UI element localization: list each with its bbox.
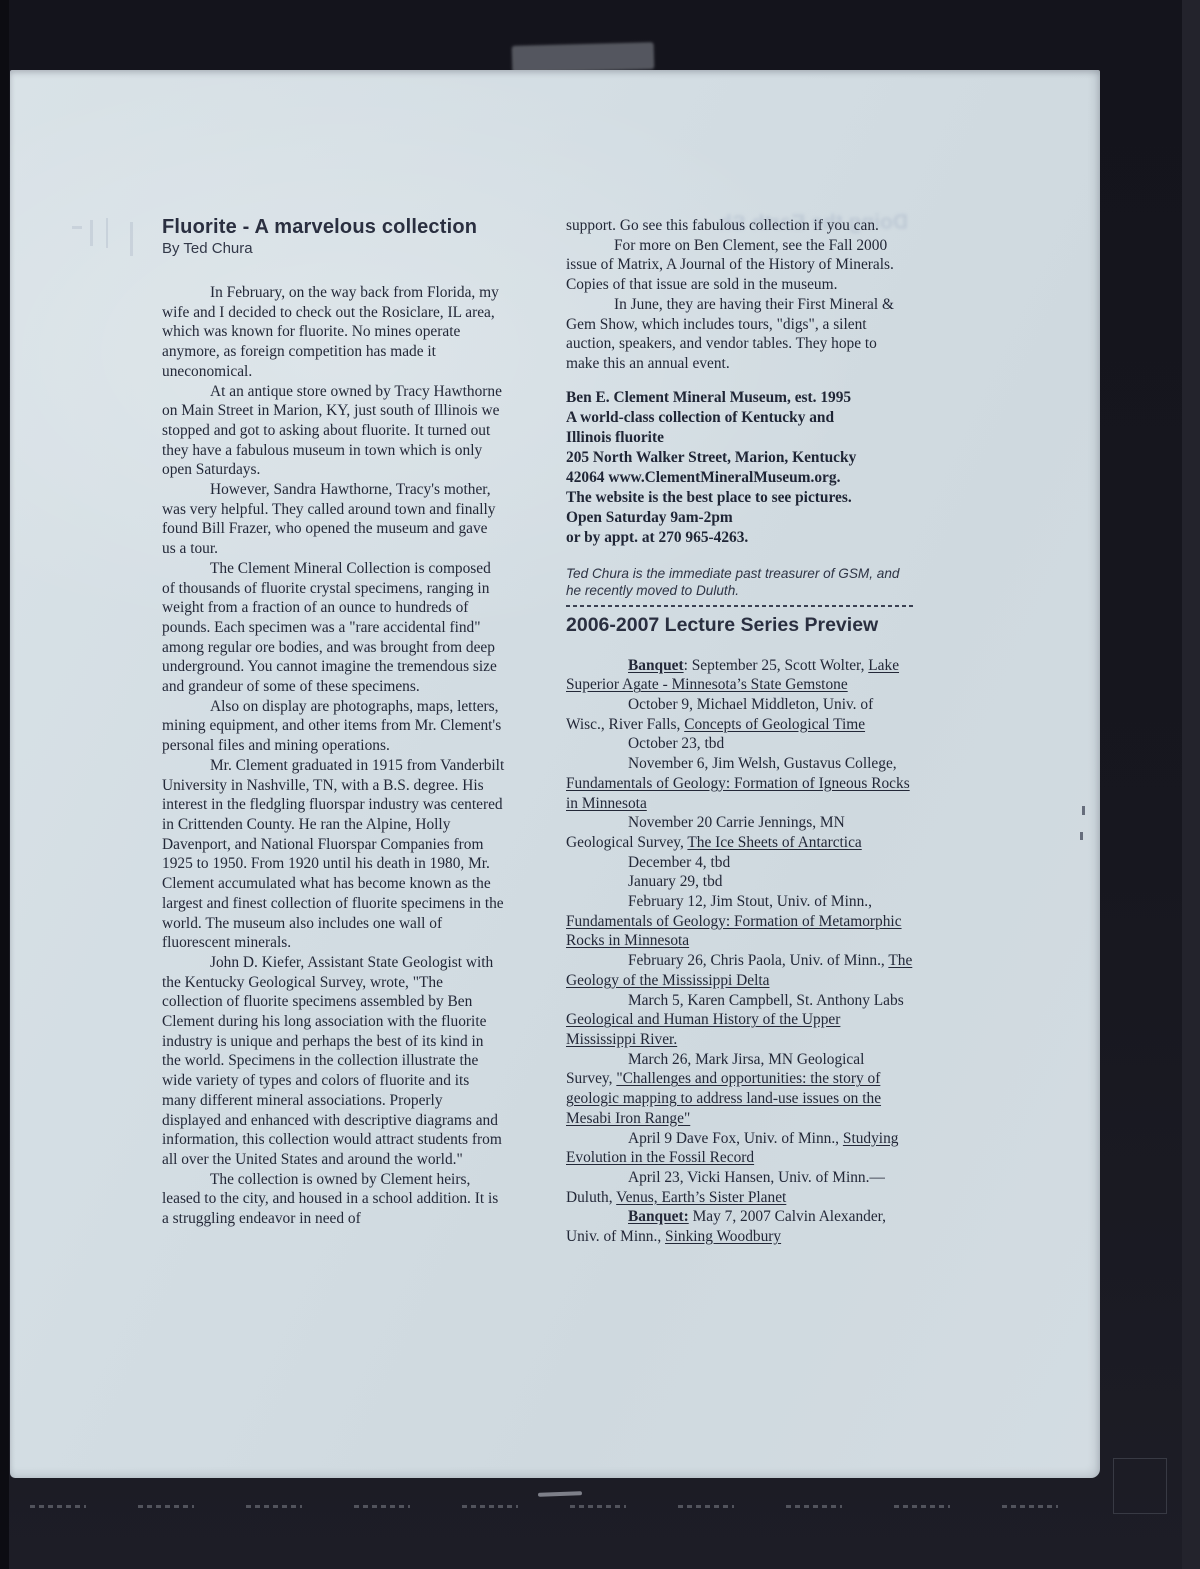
scanner-edge-right (1182, 0, 1200, 1569)
paragraph: The Clement Mineral Collection is compos… (162, 559, 505, 697)
dashed-separator (566, 604, 913, 607)
scanned-newsletter-page: { "page": { "paper_color": "#d3dde3", "s… (0, 0, 1200, 1569)
entry-lecture-title: Venus, Earth’s Sister Planet (616, 1189, 786, 1206)
paragraph: support. Go see this fabulous collection… (566, 216, 913, 236)
lecture-entry: April 9 Dave Fox, Univ. of Minn., Studyi… (566, 1129, 913, 1168)
entry-text: January 29, tbd (628, 873, 722, 890)
lecture-entry: Banquet: September 25, Scott Wolter, Lak… (566, 656, 913, 695)
entry-lecture-title: Banquet: (628, 1208, 689, 1225)
article-title: Fluorite - A marvelous collection (162, 216, 505, 239)
article-byline: By Ted Chura (162, 239, 505, 258)
page-paper: Doing the Earth Sh Fluorite - A marvelou… (10, 70, 1100, 1478)
entry-lecture-title: Geological and Human History of the Uppe… (566, 1011, 840, 1048)
entry-text: November 6, Jim Welsh, Gustavus College, (628, 755, 897, 772)
paragraph: However, Sandra Hawthorne, Tracy's mothe… (162, 480, 505, 559)
lecture-entry: March 26, Mark Jirsa, MN Geological Surv… (566, 1050, 913, 1129)
lecture-entry: October 9, Michael Middleton, Univ. of W… (566, 695, 913, 734)
entry-text: April 9 Dave Fox, Univ. of Minn., (628, 1130, 843, 1147)
entry-lecture-title: The Ice Sheets of Antarctica (687, 834, 861, 851)
lecture-entry: October 23, tbd (566, 734, 913, 754)
lecture-entry: December 4, tbd (566, 853, 913, 873)
info-line: A world-class collection of Kentucky and (566, 408, 913, 428)
paragraph: At an antique store owned by Tracy Hawth… (162, 382, 505, 481)
lecture-entry: Banquet: May 7, 2007 Calvin Alexander, U… (566, 1207, 913, 1246)
margin-notation-marks (1078, 806, 1092, 852)
info-line: Ben E. Clement Mineral Museum, est. 1995 (566, 388, 913, 408)
scanner-white-tick (538, 1491, 582, 1497)
entry-lecture-title: Banquet (628, 657, 684, 674)
entry-lecture-title: Sinking Woodbury (665, 1228, 781, 1245)
info-line: or by appt. at 270 965-4263. (566, 528, 913, 548)
entry-text: October 23, tbd (628, 735, 724, 752)
info-line: Open Saturday 9am-2pm (566, 508, 913, 528)
entry-text: : September 25, Scott Wolter, (684, 657, 869, 674)
scanner-bottom-dashes (30, 1505, 1170, 1509)
museum-info-block: Ben E. Clement Mineral Museum, est. 1995… (566, 388, 913, 548)
paragraph: Mr. Clement graduated in 1915 from Vande… (162, 756, 505, 953)
treasurer-note: Ted Chura is the immediate past treasure… (566, 565, 913, 599)
entry-text: March 5, Karen Campbell, St. Anthony Lab… (628, 992, 904, 1009)
lecture-entry: February 26, Chris Paola, Univ. of Minn.… (566, 951, 913, 990)
lecture-entry: March 5, Karen Campbell, St. Anthony Lab… (566, 991, 913, 1050)
info-line: Illinois fluorite (566, 428, 913, 448)
lecture-series-list: Banquet: September 25, Scott Wolter, Lak… (566, 656, 913, 1247)
paragraph: For more on Ben Clement, see the Fall 20… (566, 236, 913, 295)
entry-text: December 4, tbd (628, 854, 730, 871)
lecture-entry: January 29, tbd (566, 872, 913, 892)
info-line: 42064 www.ClementMineralMuseum.org. (566, 468, 913, 488)
entry-lecture-title: Fundamentals of Geology: Formation of Me… (566, 913, 902, 950)
lecture-entry: April 23, Vicki Hansen, Univ. of Minn.—D… (566, 1168, 913, 1207)
lecture-series-heading: 2006-2007 Lecture Series Preview (566, 614, 913, 637)
ink-bleed-marks (72, 218, 142, 258)
article-body-left: In February, on the way back from Florid… (162, 283, 505, 1229)
right-column: support. Go see this fabulous collection… (566, 216, 913, 1247)
entry-text: February 12, Jim Stout, Univ. of Minn., (628, 893, 872, 910)
lecture-entry: February 12, Jim Stout, Univ. of Minn., … (566, 892, 913, 951)
info-line: 205 North Walker Street, Marion, Kentuck… (566, 448, 913, 468)
lecture-entry: November 20 Carrie Jennings, MN Geologic… (566, 813, 913, 852)
article-body-right: support. Go see this fabulous collection… (566, 216, 913, 374)
left-column: Fluorite - A marvelous collection By Ted… (162, 216, 505, 1229)
entry-text: February 26, Chris Paola, Univ. of Minn.… (628, 952, 888, 969)
scanner-corner-artifact (1113, 1458, 1167, 1514)
paragraph: In June, they are having their First Min… (566, 295, 913, 374)
info-line: The website is the best place to see pic… (566, 488, 913, 508)
paragraph: Also on display are photographs, maps, l… (162, 697, 505, 756)
paragraph: John D. Kiefer, Assistant State Geologis… (162, 953, 505, 1170)
entry-lecture-title: Concepts of Geological Time (684, 716, 865, 733)
scanner-edge-left (0, 0, 9, 1569)
paragraph: In February, on the way back from Florid… (162, 283, 505, 382)
lecture-entry: November 6, Jim Welsh, Gustavus College,… (566, 754, 913, 813)
paragraph: The collection is owned by Clement heirs… (162, 1170, 505, 1229)
entry-lecture-title: Fundamentals of Geology: Formation of Ig… (566, 775, 910, 812)
tape-artifact (512, 42, 655, 73)
